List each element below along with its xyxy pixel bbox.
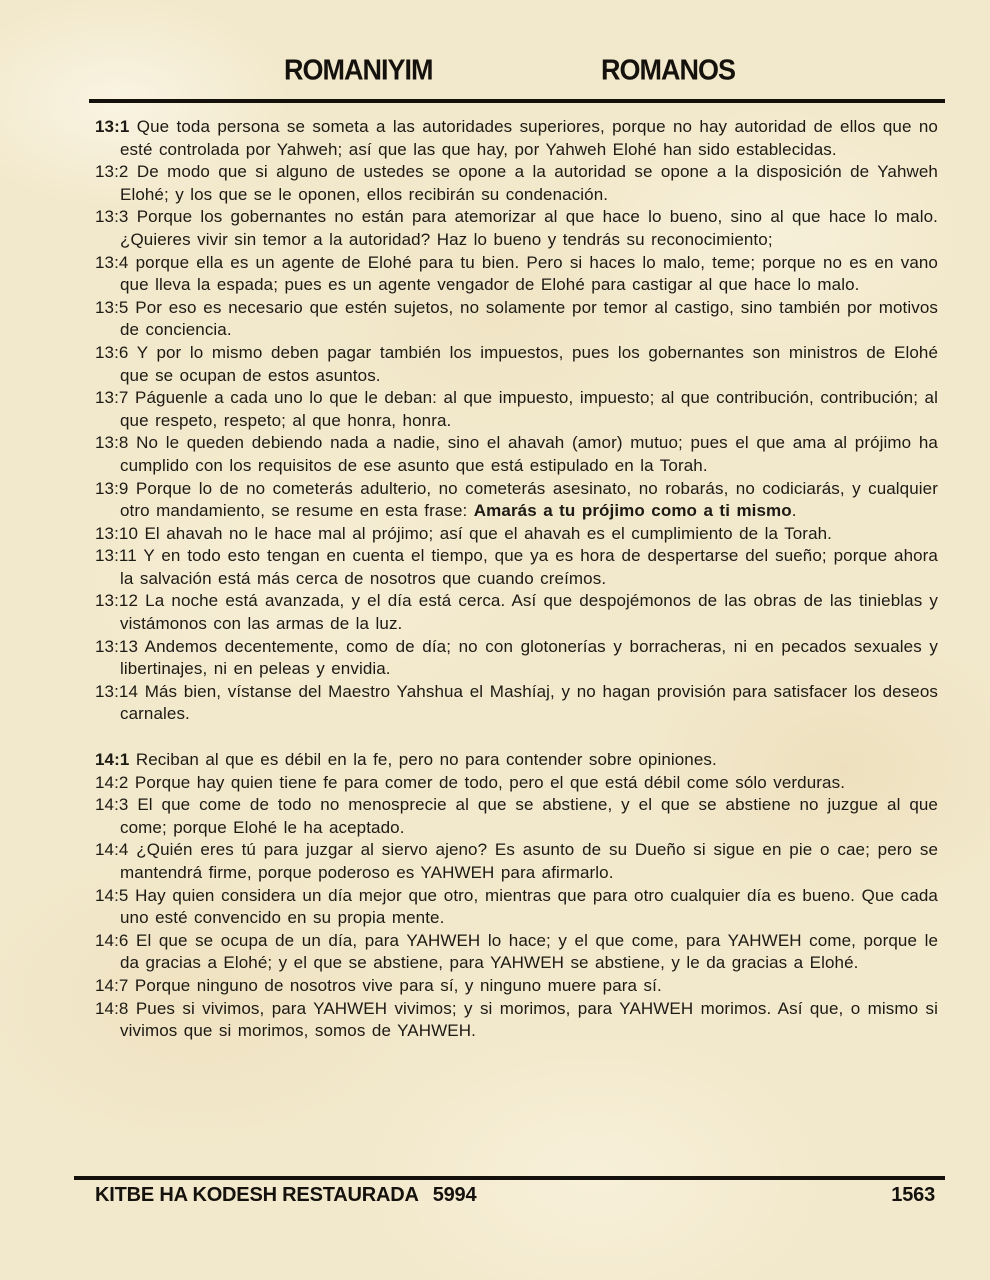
verse-number: 13:11: [95, 546, 143, 565]
verse-text: Y por lo mismo deben pagar también los i…: [120, 343, 938, 385]
verse-text: Más bien, vístanse del Maestro Yahshua e…: [120, 682, 938, 724]
verse-13:1: 13:1 Que toda persona se someta a las au…: [95, 116, 938, 161]
verse-text: No le queden debiendo nada a nadie, sino…: [120, 433, 938, 475]
verse-14:4: 14:4 ¿Quién eres tú para juzgar al sierv…: [95, 839, 938, 884]
verse-13:11: 13:11 Y en todo esto tengan en cuenta el…: [95, 545, 938, 590]
emphasized-quote: Amarás a tu prójimo como a ti mismo: [474, 501, 792, 520]
verse-14:7: 14:7 Porque ninguno de nosotros vive par…: [95, 975, 938, 998]
verse-number: 14:2: [95, 773, 135, 792]
verse-text: El que come de todo no menosprecie al qu…: [120, 795, 938, 837]
verse-number: 13:13: [95, 637, 145, 656]
verse-number: 14:1: [95, 750, 136, 769]
header-title-hebrew: ROMANIYIM: [284, 54, 433, 87]
verse-text: Y en todo esto tengan en cuenta el tiemp…: [120, 546, 938, 588]
verse-number: 14:4: [95, 840, 136, 859]
verse-number: 13:5: [95, 298, 135, 317]
header-title-spanish: ROMANOS: [601, 54, 735, 87]
footer-divider-rule: [74, 1176, 945, 1180]
verse-number: 13:2: [95, 162, 137, 181]
verse-number: 13:12: [95, 591, 145, 610]
verse-text: Porque ninguno de nosotros vive para sí,…: [135, 976, 662, 995]
verse-13:7: 13:7 Páguenle a cada uno lo que le deban…: [95, 387, 938, 432]
verse-13:4: 13:4 porque ella es un agente de Elohé p…: [95, 252, 938, 297]
verse-number: 13:9: [95, 479, 136, 498]
verse-13:12: 13:12 La noche está avanzada, y el día e…: [95, 590, 938, 635]
verse-13:8: 13:8 No le queden debiendo nada a nadie,…: [95, 432, 938, 477]
verse-text: porque ella es un agente de Elohé para t…: [120, 253, 938, 295]
page-footer: KITBE HA KODESH RESTAURADA5994 1563: [95, 1184, 935, 1207]
verse-text: Por eso es necesario que estén sujetos, …: [120, 298, 938, 340]
verse-14:6: 14:6 El que se ocupa de un día, para YAH…: [95, 930, 938, 975]
verse-text: Porque hay quien tiene fe para comer de …: [135, 773, 845, 792]
verse-13:10: 13:10 El ahavah no le hace mal al prójim…: [95, 523, 938, 546]
footer-left-group: KITBE HA KODESH RESTAURADA5994: [95, 1184, 476, 1207]
verse-number: 13:3: [95, 207, 137, 226]
verse-13:5: 13:5 Por eso es necesario que estén suje…: [95, 297, 938, 342]
verse-13:6: 13:6 Y por lo mismo deben pagar también …: [95, 342, 938, 387]
verse-text: Páguenle a cada uno lo que le deban: al …: [120, 388, 938, 430]
verse-13:13: 13:13 Andemos decentemente, como de día;…: [95, 636, 938, 681]
verse-13:14: 13:14 Más bien, vístanse del Maestro Yah…: [95, 681, 938, 726]
verse-13:9: 13:9 Porque lo de no cometerás adulterio…: [95, 478, 938, 523]
footer-year: 5994: [433, 1184, 477, 1206]
verse-14:8: 14:8 Pues si vivimos, para YAHWEH vivimo…: [95, 998, 938, 1043]
verse-number: 14:8: [95, 999, 136, 1018]
verse-text: La noche está avanzada, y el día está ce…: [120, 591, 938, 633]
verse-number: 14:6: [95, 931, 136, 950]
verse-text: Hay quien considera un día mejor que otr…: [120, 886, 938, 928]
verse-number: 13:4: [95, 253, 136, 272]
verse-number: 14:3: [95, 795, 137, 814]
footer-book-title: KITBE HA KODESH RESTAURADA: [95, 1184, 419, 1206]
verse-number: 13:6: [95, 343, 137, 362]
verse-13:3: 13:3 Porque los gobernantes no están par…: [95, 206, 938, 251]
verse-number: 13:8: [95, 433, 136, 452]
verse-number: 13:1: [95, 117, 137, 136]
verse-text: Que toda persona se someta a las autorid…: [120, 117, 938, 159]
footer-page-number: 1563: [891, 1184, 935, 1207]
verse-text: Andemos decentemente, como de día; no co…: [120, 637, 938, 679]
verse-14:5: 14:5 Hay quien considera un día mejor qu…: [95, 885, 938, 930]
verse-number: 13:14: [95, 682, 145, 701]
verse-text: .: [792, 501, 797, 520]
verse-number: 13:7: [95, 388, 135, 407]
verse-14:3: 14:3 El que come de todo no menosprecie …: [95, 794, 938, 839]
verse-text: Reciban al que es débil en la fe, pero n…: [136, 750, 717, 769]
verse-text: El ahavah no le hace mal al prójimo; así…: [144, 524, 832, 543]
verse-text: El que se ocupa de un día, para YAHWEH l…: [120, 931, 938, 973]
verse-text: De modo que si alguno de ustedes se opon…: [120, 162, 938, 204]
scripture-page: ROMANIYIM ROMANOS 13:1 Que toda persona …: [0, 0, 990, 1280]
header-divider-rule: [89, 99, 945, 103]
verse-number: 13:10: [95, 524, 144, 543]
verse-text: Porque los gobernantes no están para ate…: [120, 207, 938, 249]
verse-number: 14:5: [95, 886, 135, 905]
verse-number: 14:7: [95, 976, 135, 995]
verse-14:1: 14:1 Reciban al que es débil en la fe, p…: [95, 749, 938, 772]
verse-text: ¿Quién eres tú para juzgar al siervo aje…: [120, 840, 938, 882]
verse-13:2: 13:2 De modo que si alguno de ustedes se…: [95, 161, 938, 206]
verse-text-block: 13:1 Que toda persona se someta a las au…: [95, 116, 938, 1043]
verse-14:2: 14:2 Porque hay quien tiene fe para come…: [95, 772, 938, 795]
verse-text: Pues si vivimos, para YAHWEH vivimos; y …: [120, 999, 938, 1041]
